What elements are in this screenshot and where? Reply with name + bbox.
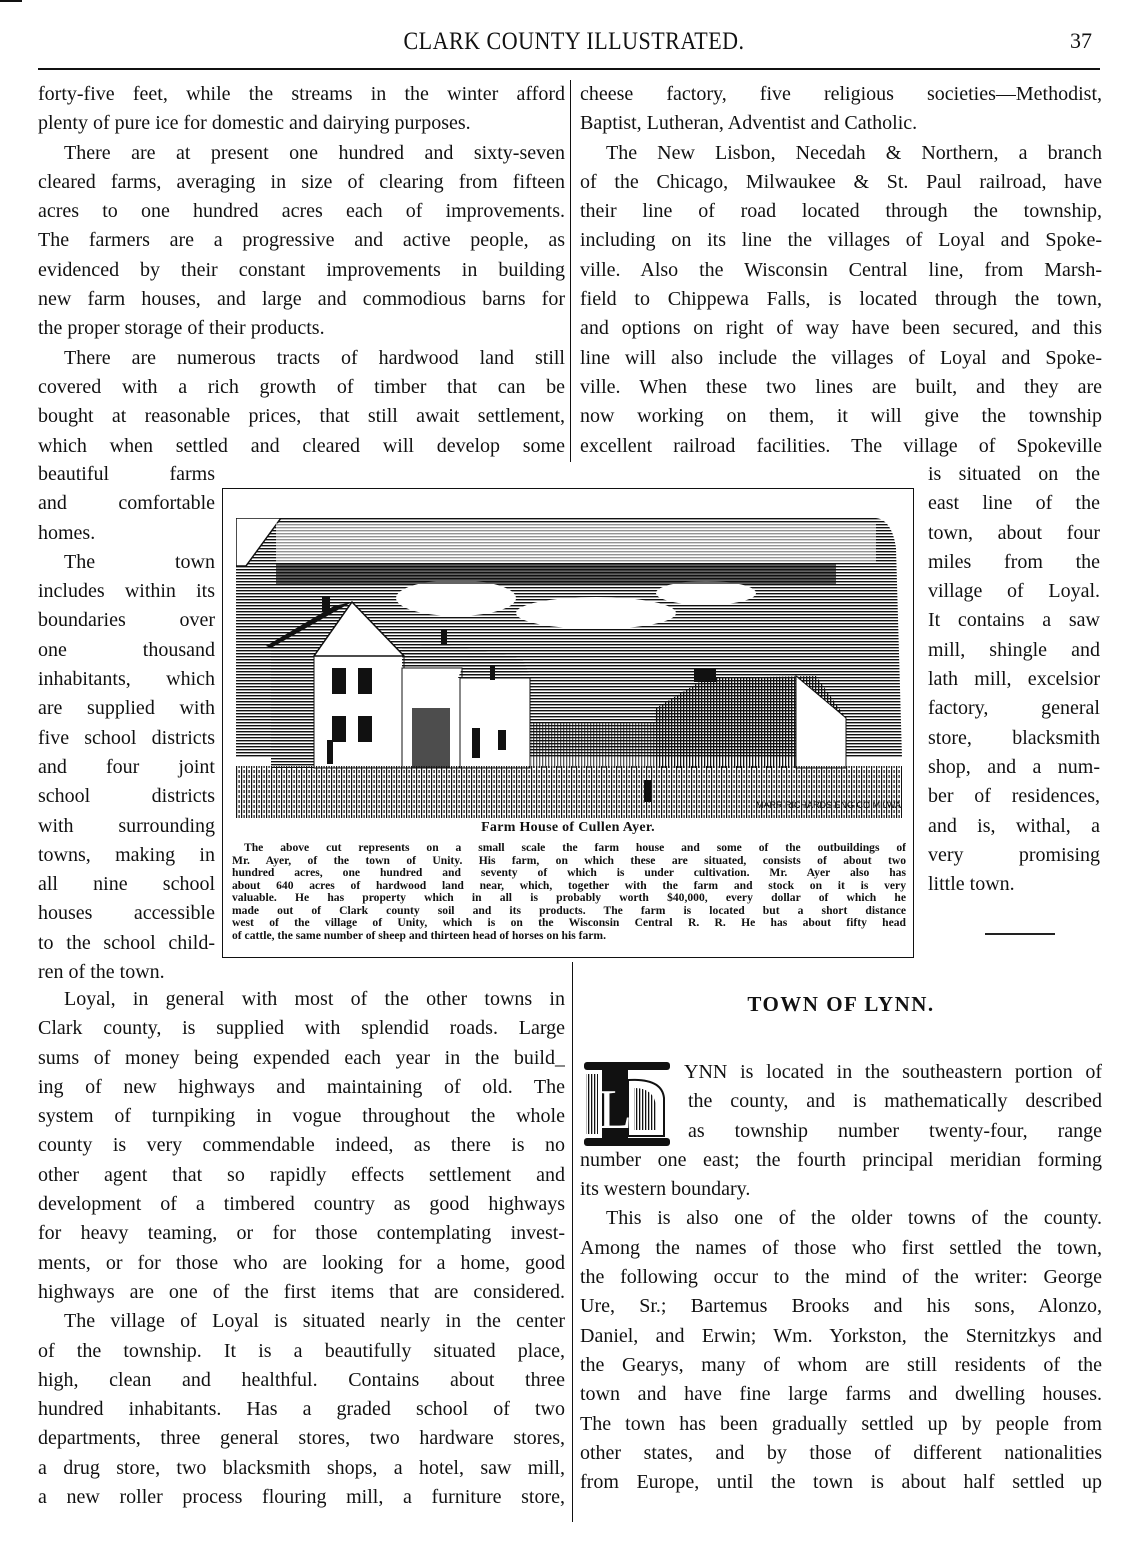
text-line: ing of new highways and maintaining of o…	[38, 1073, 565, 1102]
caption-line: Mr. Ayer, of the town of Unity. His farm…	[232, 855, 906, 868]
text-line: county is very commendable indeed, as th…	[38, 1131, 565, 1160]
text-line: Daniel, and Erwin; Wm. Yorkston, the Ste…	[580, 1322, 1102, 1351]
text-line: line will also include the villages of L…	[580, 344, 1102, 373]
text-line: The village of Loyal is situated nearly …	[38, 1307, 565, 1336]
text-line: acres to one hundred acres each of impro…	[38, 197, 565, 226]
text-line: other states, and by those of different …	[580, 1439, 1102, 1468]
text-line: ville. Also the Wisconsin Central line, …	[580, 256, 1102, 285]
text-line: This is also one of the older towns of t…	[580, 1204, 1102, 1233]
text-line: and options on right of way have been se…	[580, 314, 1102, 343]
text-line: departments, three general stores, two h…	[38, 1424, 565, 1453]
section-title-town-of-lynn: TOWN OF LYNN.	[580, 992, 1102, 1017]
text-line: sums of money being expended each year i…	[38, 1044, 565, 1073]
text-line: all nine school	[38, 870, 215, 899]
text-line: Clark county, is supplied with splendid …	[38, 1014, 565, 1043]
text-line: of the Chicago, Milwaukee & St. Paul rai…	[580, 168, 1102, 197]
text-line: homes.	[38, 519, 215, 548]
text-line: town, about four	[928, 519, 1100, 548]
left-narrow-column: beautiful farms and comfortable homes. T…	[38, 460, 215, 987]
text-line: ments, or for those who are looking for …	[38, 1249, 565, 1278]
caption-line: hundred acres, one hundred and seventy o…	[232, 867, 906, 880]
text-line: the proper storage of their products.	[38, 314, 565, 343]
left-column-top: forty-five feet, while the streams in th…	[38, 80, 565, 461]
text-line: town and have fine large farms and dwell…	[580, 1380, 1102, 1409]
text-line: ber of residences,	[928, 782, 1100, 811]
text-line: The town has been gradually settled up b…	[580, 1410, 1102, 1439]
text-line: number one east; the fourth principal me…	[580, 1146, 1102, 1175]
text-line: hundred inhabitants. Has a graded school…	[38, 1395, 565, 1424]
text-line: its western boundary.	[580, 1175, 1102, 1204]
text-line: The town	[38, 548, 215, 577]
column-divider-top	[570, 80, 571, 462]
text-line: as township number twenty-four, range	[580, 1117, 1102, 1146]
text-line: and is, withal, a	[928, 812, 1100, 841]
left-column-bottom: Loyal, in general with most of the other…	[38, 985, 565, 1512]
text-line: bought at reasonable prices, that still …	[38, 402, 565, 431]
text-line: miles from the	[928, 548, 1100, 577]
text-line: is situated on the	[928, 460, 1100, 489]
caption-line: valuable. He has property which in all i…	[232, 892, 906, 905]
lynn-intro-paragraph: YNN is located in the southeastern porti…	[580, 1058, 1102, 1497]
text-line: a drug store, two blacksmith shops, a ho…	[38, 1454, 565, 1483]
text-line: high, clean and healthful. Contains abou…	[38, 1366, 565, 1395]
text-line: development of a timbered country as goo…	[38, 1190, 565, 1219]
page-number: 37	[1070, 28, 1092, 54]
text-line: east line of the	[928, 489, 1100, 518]
text-line: covered with a rich growth of timber tha…	[38, 373, 565, 402]
caption-line: made out of Clark county soil and its pr…	[232, 905, 906, 918]
section-end-ornament	[985, 933, 1055, 935]
text-line: boundaries over	[38, 606, 215, 635]
text-line: factory, general	[928, 694, 1100, 723]
text-line: towns, making in	[38, 841, 215, 870]
text-line: lath mill, excelsior	[928, 665, 1100, 694]
text-line: highways are one of the first items that…	[38, 1278, 565, 1307]
text-line: mill, shingle and	[928, 636, 1100, 665]
text-line: including on its line the villages of Lo…	[580, 226, 1102, 255]
text-line: includes within its	[38, 577, 215, 606]
text-line: excellent railroad facilities. The villa…	[580, 432, 1102, 461]
text-line: very promising	[928, 841, 1100, 870]
text-line: inhabitants, which	[38, 665, 215, 694]
text-line: the following occur to the mind of the w…	[580, 1263, 1102, 1292]
text-line: new farm houses, and large and commodiou…	[38, 285, 565, 314]
text-line: for heavy teaming, or for those contempl…	[38, 1219, 565, 1248]
text-line: to the school child-	[38, 929, 215, 958]
text-line: Ure, Sr.; Bartemus Brooks and his sons, …	[580, 1292, 1102, 1321]
text-line: Loyal, in general with most of the other…	[38, 985, 565, 1014]
text-line: shop, and a num-	[928, 753, 1100, 782]
figure-caption-body: The above cut represents on a small scal…	[232, 842, 906, 942]
caption-line: The above cut represents on a small scal…	[232, 842, 906, 855]
text-line: ren of the town.	[38, 958, 215, 987]
text-line: the county, and is mathematically descri…	[580, 1087, 1102, 1116]
caption-line: about 640 acres of hardwood land near, w…	[232, 880, 906, 893]
text-line: The farmers are a progressive and active…	[38, 226, 565, 255]
text-line: It contains a saw	[928, 606, 1100, 635]
text-line: There are at present one hundred and six…	[38, 139, 565, 168]
text-line: of the township. It is a beautifully sit…	[38, 1337, 565, 1366]
text-line: and comfortable	[38, 489, 215, 518]
text-line: cheese factory, five religious societies…	[580, 80, 1102, 109]
text-line: five school districts	[38, 724, 215, 753]
right-column-top: cheese factory, five religious societies…	[580, 80, 1102, 461]
text-line: are supplied with	[38, 694, 215, 723]
text-line: and four joint	[38, 753, 215, 782]
text-line: store, blacksmith	[928, 724, 1100, 753]
text-line: field to Chippewa Falls, is located thro…	[580, 285, 1102, 314]
column-divider-bottom	[572, 962, 573, 1522]
scan-corner-mark	[0, 0, 22, 2]
text-line: beautiful farms	[38, 460, 215, 489]
text-line: system of turnpiking in vogue throughout…	[38, 1102, 565, 1131]
text-line: forty-five feet, while the streams in th…	[38, 80, 565, 109]
text-line: The New Lisbon, Necedah & Northern, a br…	[580, 139, 1102, 168]
text-line: school districts	[38, 782, 215, 811]
text-line: little town.	[928, 870, 1100, 899]
text-line: Baptist, Lutheran, Adventist and Catholi…	[580, 109, 1102, 138]
caption-line: of cattle, the same number of sheep and …	[232, 930, 906, 943]
text-line: a new roller process flouring mill, a fu…	[38, 1483, 565, 1512]
caption-line: west of the village of Unity, which is o…	[232, 917, 906, 930]
farmhouse-engraving-image: MARR RICHARDS ENG CO MILWAUKEE	[236, 518, 902, 818]
right-narrow-column: is situated on the east line of the town…	[928, 460, 1100, 899]
text-line: cleared farms, averaging in size of clea…	[38, 168, 565, 197]
text-line: There are numerous tracts of hardwood la…	[38, 344, 565, 373]
text-line: one thousand	[38, 636, 215, 665]
text-line: houses accessible	[38, 899, 215, 928]
text-line: their line of road located through the t…	[580, 197, 1102, 226]
text-line: other agent that so rapidly effects sett…	[38, 1161, 565, 1190]
figure-caption-title: Farm House of Cullen Ayer.	[222, 820, 914, 836]
text-line: YNN is located in the southeastern porti…	[580, 1058, 1102, 1087]
text-line: evidenced by their constant improvements…	[38, 256, 565, 285]
text-line: which when settled and cleared will deve…	[38, 432, 565, 461]
text-line: ville. When these two lines are built, a…	[580, 373, 1102, 402]
engraver-mark: MARR RICHARDS ENG CO MILWAUKEE	[756, 800, 902, 810]
text-line: now working on them, it will give the to…	[580, 402, 1102, 431]
header-rule	[38, 68, 1100, 70]
text-line: village of Loyal.	[928, 577, 1100, 606]
text-line: plenty of pure ice for domestic and dair…	[38, 109, 565, 138]
text-line: with surrounding	[38, 812, 215, 841]
text-line: the Gearys, many of whom are still resid…	[580, 1351, 1102, 1380]
text-line: Among the names of those who first settl…	[580, 1234, 1102, 1263]
running-title: CLARK COUNTY ILLUSTRATED.	[0, 26, 1148, 56]
text-line: from Europe, until the town is about hal…	[580, 1468, 1102, 1497]
